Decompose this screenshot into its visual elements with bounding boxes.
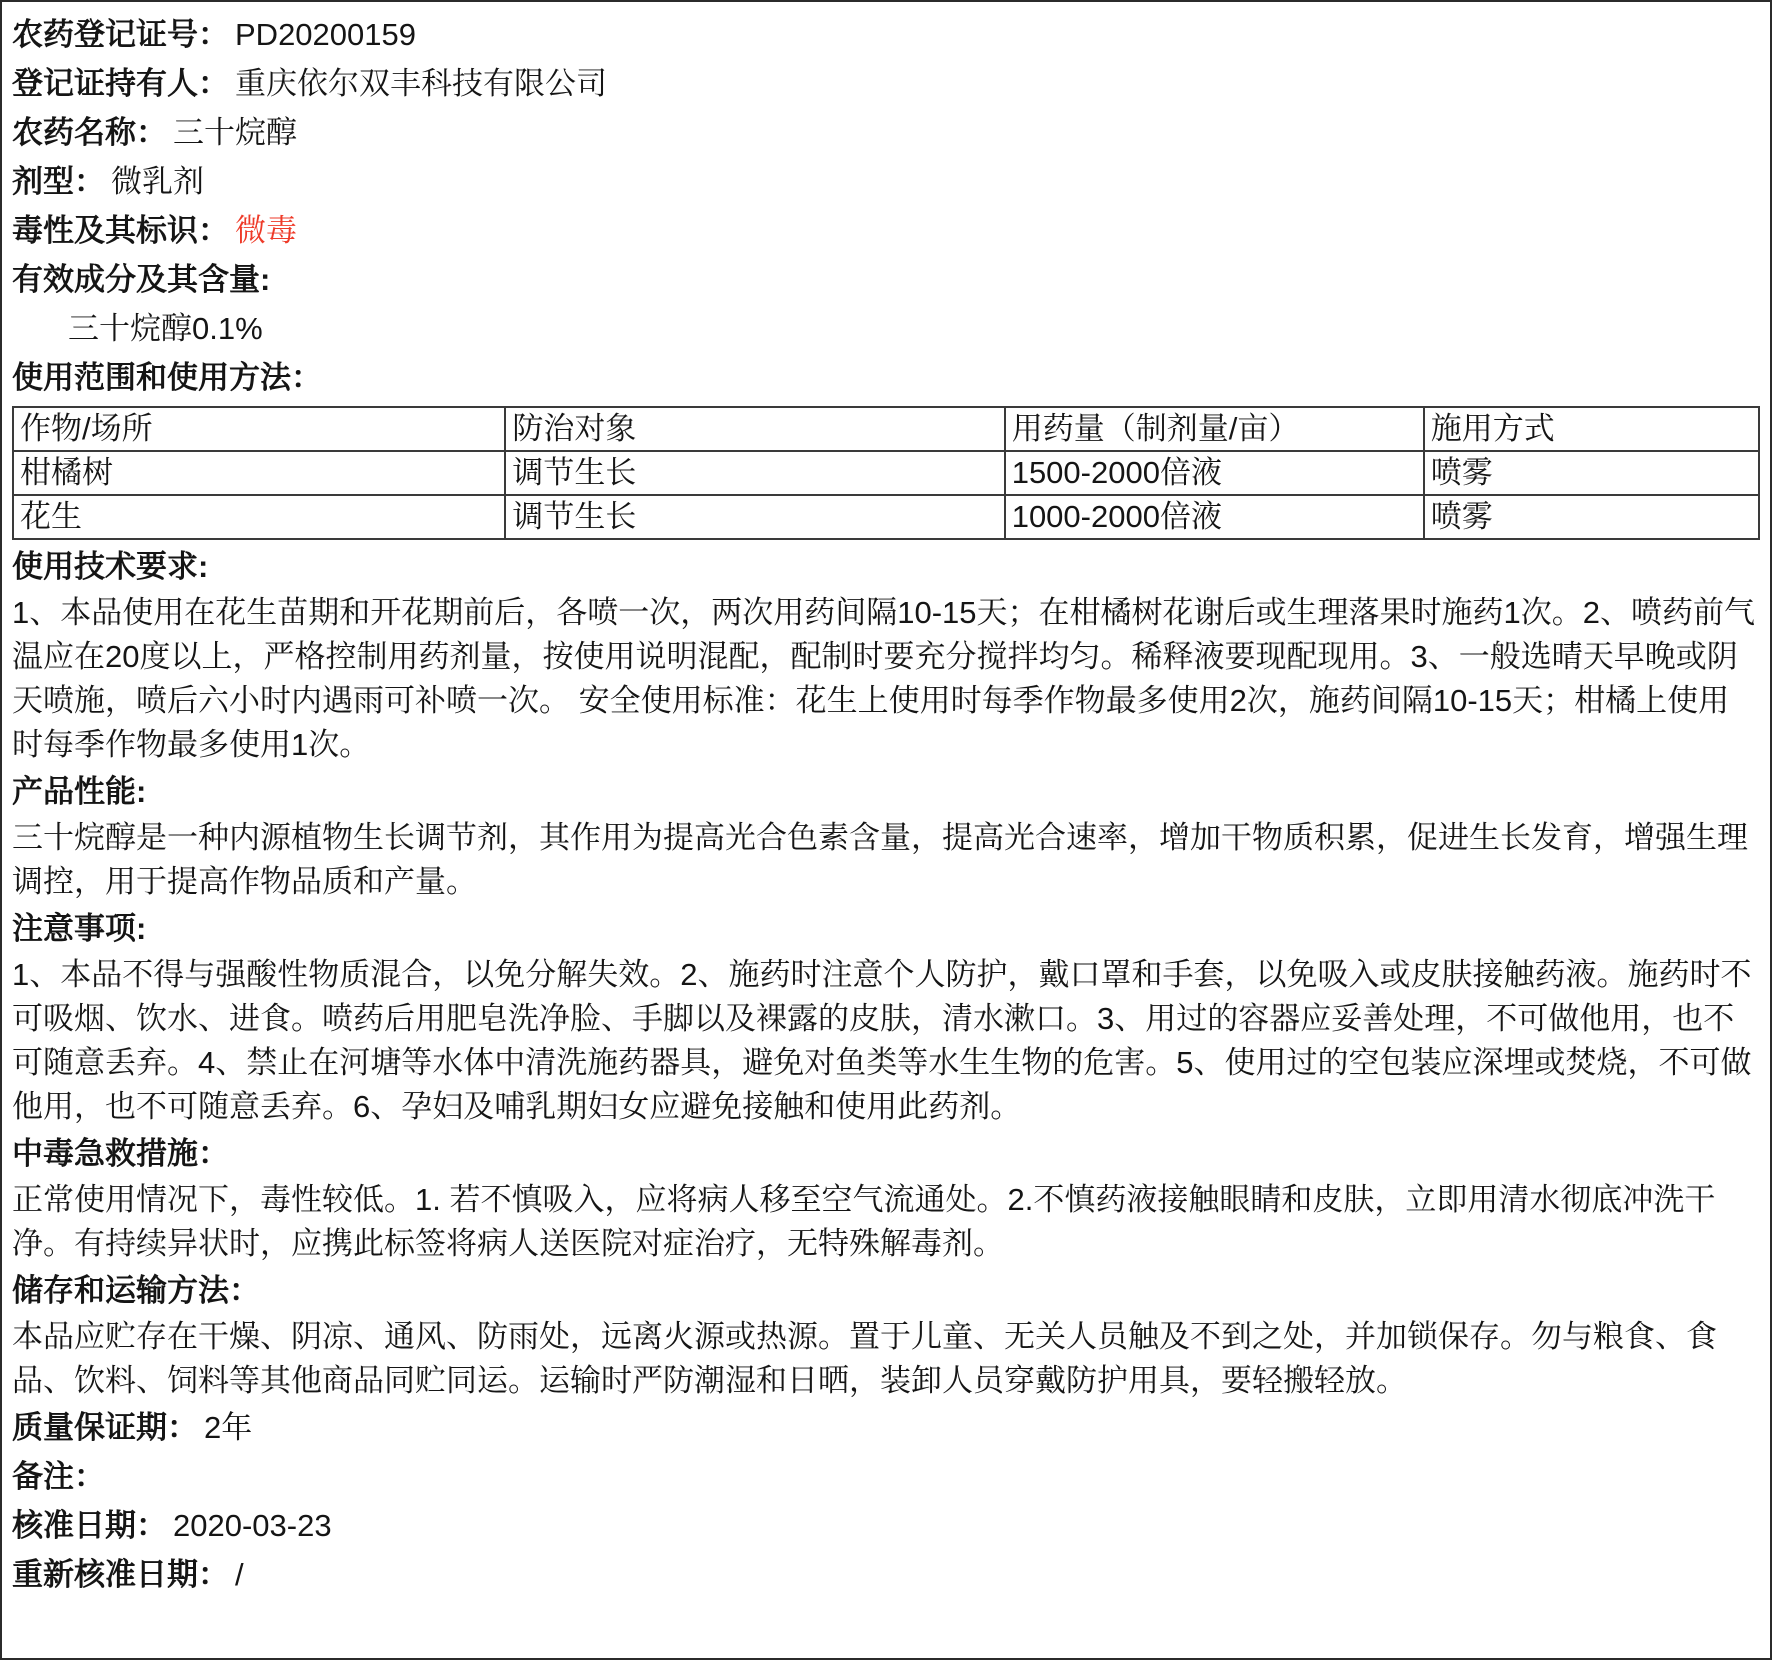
first-aid-title: 中毒急救措施： — [12, 1129, 1760, 1178]
technical-requirements-body: 1、本品使用在花生苗期和开花期前后，各喷一次，两次用药间隔10-15天；在柑橘树… — [12, 591, 1760, 767]
usage-table-title: 使用范围和使用方法： — [12, 353, 1760, 402]
usage-row1-method: 喷雾 — [1424, 451, 1759, 495]
formulation-label: 剂型： — [12, 164, 105, 199]
field-registration-number: 农药登记证号：PD20200159 — [12, 10, 1760, 59]
pesticide-registration-document: 农药登记证号：PD20200159 登记证持有人：重庆依尔双丰科技有限公司 农药… — [0, 0, 1772, 1660]
table-row: 柑橘树 调节生长 1500-2000倍液 喷雾 — [13, 451, 1759, 495]
precautions-title: 注意事项: — [12, 904, 1760, 953]
field-remarks: 备注： — [12, 1452, 1760, 1501]
toxicity-value: 微毒 — [235, 213, 297, 248]
certificate-holder-label: 登记证持有人： — [12, 66, 229, 101]
reapproval-date-label: 重新核准日期： — [12, 1557, 229, 1592]
field-formulation: 剂型：微乳剂 — [12, 157, 1760, 206]
active-ingredient-value: 三十烷醇0.1% — [12, 304, 1760, 353]
usage-row2-target: 调节生长 — [505, 495, 1004, 539]
registration-number-value: PD20200159 — [235, 17, 416, 52]
pesticide-name-value: 三十烷醇 — [173, 115, 297, 150]
usage-row2-dosage: 1000-2000倍液 — [1005, 495, 1424, 539]
product-performance-body: 三十烷醇是一种内源植物生长调节剂，其作用为提高光合色素含量，提高光合速率，增加干… — [12, 816, 1760, 904]
toxicity-label: 毒性及其标识： — [12, 213, 229, 248]
field-toxicity: 毒性及其标识：微毒 — [12, 206, 1760, 255]
approval-date-label: 核准日期： — [12, 1508, 167, 1543]
product-performance-title: 产品性能: — [12, 767, 1760, 816]
active-ingredient-label: 有效成分及其含量: — [12, 262, 270, 297]
usage-row1-target: 调节生长 — [505, 451, 1004, 495]
usage-row1-dosage: 1500-2000倍液 — [1005, 451, 1424, 495]
usage-table-header-method: 施用方式 — [1424, 407, 1759, 451]
usage-table-header-crop: 作物/场所 — [13, 407, 505, 451]
usage-table-header-dosage: 用药量（制剂量/亩） — [1005, 407, 1424, 451]
warranty-period-label: 质量保证期： — [12, 1410, 198, 1445]
precautions-body: 1、本品不得与强酸性物质混合，以免分解失效。2、施药时注意个人防护，戴口罩和手套… — [12, 953, 1760, 1129]
storage-transport-title: 储存和运输方法： — [12, 1266, 1760, 1315]
field-active-ingredient: 有效成分及其含量: — [12, 255, 1760, 304]
technical-requirements-title: 使用技术要求: — [12, 542, 1760, 591]
approval-date-value: 2020-03-23 — [173, 1508, 332, 1543]
usage-table-header-target: 防治对象 — [505, 407, 1004, 451]
field-warranty-period: 质量保证期：2年 — [12, 1403, 1760, 1452]
usage-row2-crop: 花生 — [13, 495, 505, 539]
storage-transport-body: 本品应贮存在干燥、阴凉、通风、防雨处，远离火源或热源。置于儿童、无关人员触及不到… — [12, 1315, 1760, 1403]
usage-table-header-row: 作物/场所 防治对象 用药量（制剂量/亩） 施用方式 — [13, 407, 1759, 451]
field-approval-date: 核准日期：2020-03-23 — [12, 1501, 1760, 1550]
table-row: 花生 调节生长 1000-2000倍液 喷雾 — [13, 495, 1759, 539]
field-pesticide-name: 农药名称：三十烷醇 — [12, 108, 1760, 157]
formulation-value: 微乳剂 — [111, 164, 204, 199]
first-aid-body: 正常使用情况下，毒性较低。1. 若不慎吸入，应将病人移至空气流通处。2.不慎药液… — [12, 1178, 1760, 1266]
usage-row1-crop: 柑橘树 — [13, 451, 505, 495]
certificate-holder-value: 重庆依尔双丰科技有限公司 — [235, 66, 607, 101]
remarks-label: 备注： — [12, 1459, 105, 1494]
usage-row2-method: 喷雾 — [1424, 495, 1759, 539]
usage-table: 作物/场所 防治对象 用药量（制剂量/亩） 施用方式 柑橘树 调节生长 1500… — [12, 406, 1760, 540]
field-reapproval-date: 重新核准日期：/ — [12, 1550, 1760, 1599]
warranty-period-value: 2年 — [204, 1410, 252, 1445]
registration-number-label: 农药登记证号： — [12, 17, 229, 52]
pesticide-name-label: 农药名称： — [12, 115, 167, 150]
field-certificate-holder: 登记证持有人：重庆依尔双丰科技有限公司 — [12, 59, 1760, 108]
reapproval-date-value: / — [235, 1557, 244, 1592]
